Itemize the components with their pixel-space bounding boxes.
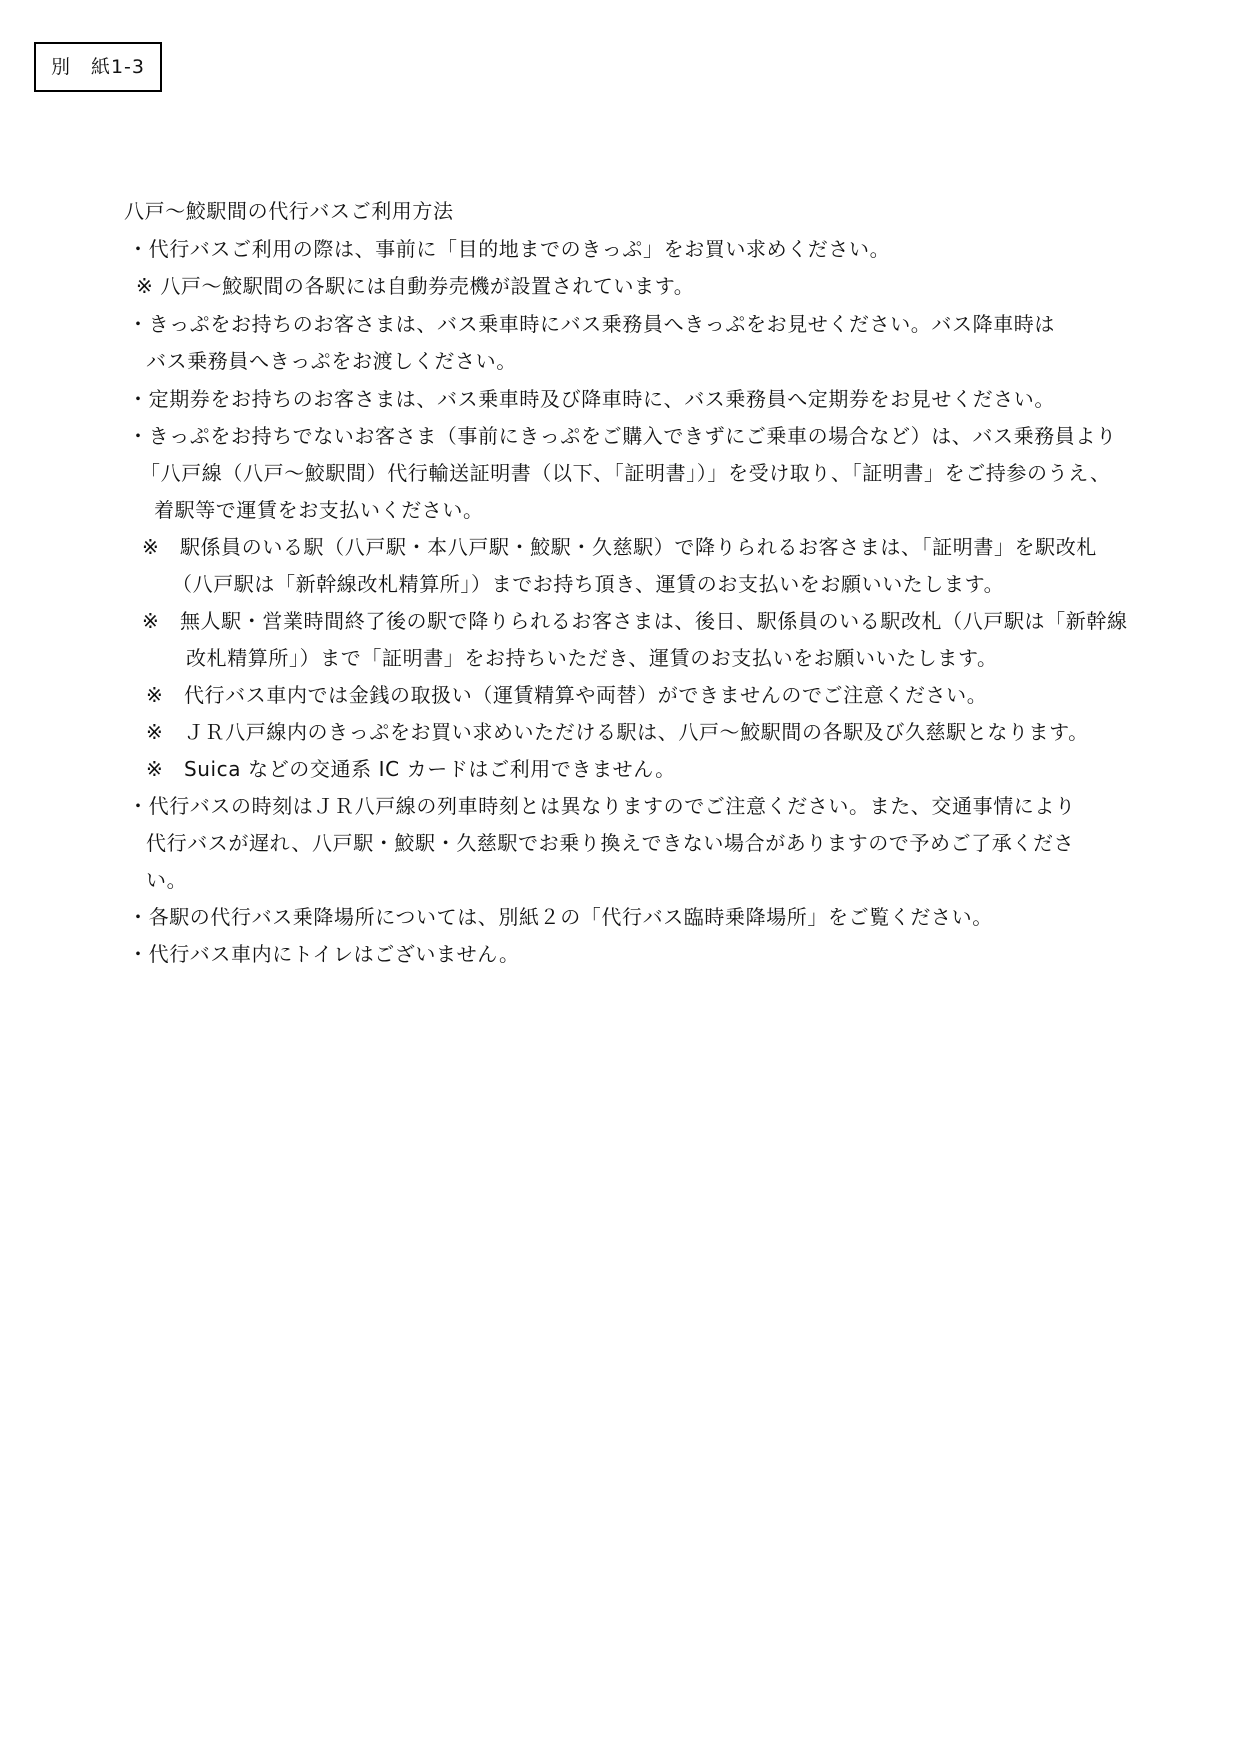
bullet-line: ・代行バスご利用の際は、事前に「目的地までのきっぷ」をお買い求めください。 (128, 236, 890, 262)
bullet-line: ・各駅の代行バス乗降場所については、別紙２の「代行バス臨時乗降場所」をご覧くださ… (128, 904, 993, 930)
note-line: ※ 無人駅・営業時間終了後の駅で降りられるお客さまは、後日、駅係員のいる駅改札（… (142, 608, 1128, 634)
continuation-line: 着駅等で運賃をお支払いください。 (154, 497, 484, 523)
note-line: ※ 八戸～鮫駅間の各駅には自動券売機が設置されています。 (136, 273, 694, 299)
continuation-line: 「八戸線（八戸～鮫駅間）代行輸送証明書（以下、「証明書」）」を受け取り、「証明書… (140, 460, 1111, 486)
continuation-line: 代行バスが遅れ、八戸駅・鮫駅・久慈駅でお乗り換えできない場合がありますので予めご… (146, 830, 1074, 856)
document-title: 八戸～鮫駅間の代行バスご利用方法 (124, 198, 454, 224)
bullet-line: ・代行バス車内にトイレはございません。 (128, 941, 520, 967)
note-line: ※ ＪＲ八戸線内のきっぷをお買い求めいただける駅は、八戸～鮫駅間の各駅及び久慈駅… (146, 719, 1089, 745)
continuation-line: バス乗務員へきっぷをお渡しください。 (146, 348, 517, 374)
continuation-line: 改札精算所」）まで「証明書」をお持ちいただき、運賃のお支払いをお願いいたします。 (186, 645, 998, 671)
attachment-label: 別 紙1-3 (34, 42, 162, 92)
bullet-line: ・定期券をお持ちのお客さまは、バス乗車時及び降車時に、バス乗務員へ定期券をお見せ… (128, 386, 1055, 412)
bullet-line: ・きっぷをお持ちのお客さまは、バス乗車時にバス乗務員へきっぷをお見せください。バ… (128, 311, 1055, 337)
bullet-line: ・きっぷをお持ちでないお客さま（事前にきっぷをご購入できずにご乗車の場合など）は… (128, 423, 1117, 449)
note-line: ※ 駅係員のいる駅（八戸駅・本八戸駅・鮫駅・久慈駅）で降りられるお客さまは、「証… (142, 534, 1097, 560)
note-line: ※ 代行バス車内では金銭の取扱い（運賃精算や両替）ができませんのでご注意ください… (146, 682, 987, 708)
continuation-line: （八戸駅は「新幹線改札精算所」）までお持ち頂き、運賃のお支払いをお願いいたします… (172, 571, 1004, 597)
bullet-line: ・代行バスの時刻はＪＲ八戸線の列車時刻とは異なりますのでご注意ください。また、交… (128, 793, 1076, 819)
note-line: ※ Suica などの交通系 IC カードはご利用できません。 (146, 756, 676, 782)
continuation-line: い。 (146, 867, 187, 893)
